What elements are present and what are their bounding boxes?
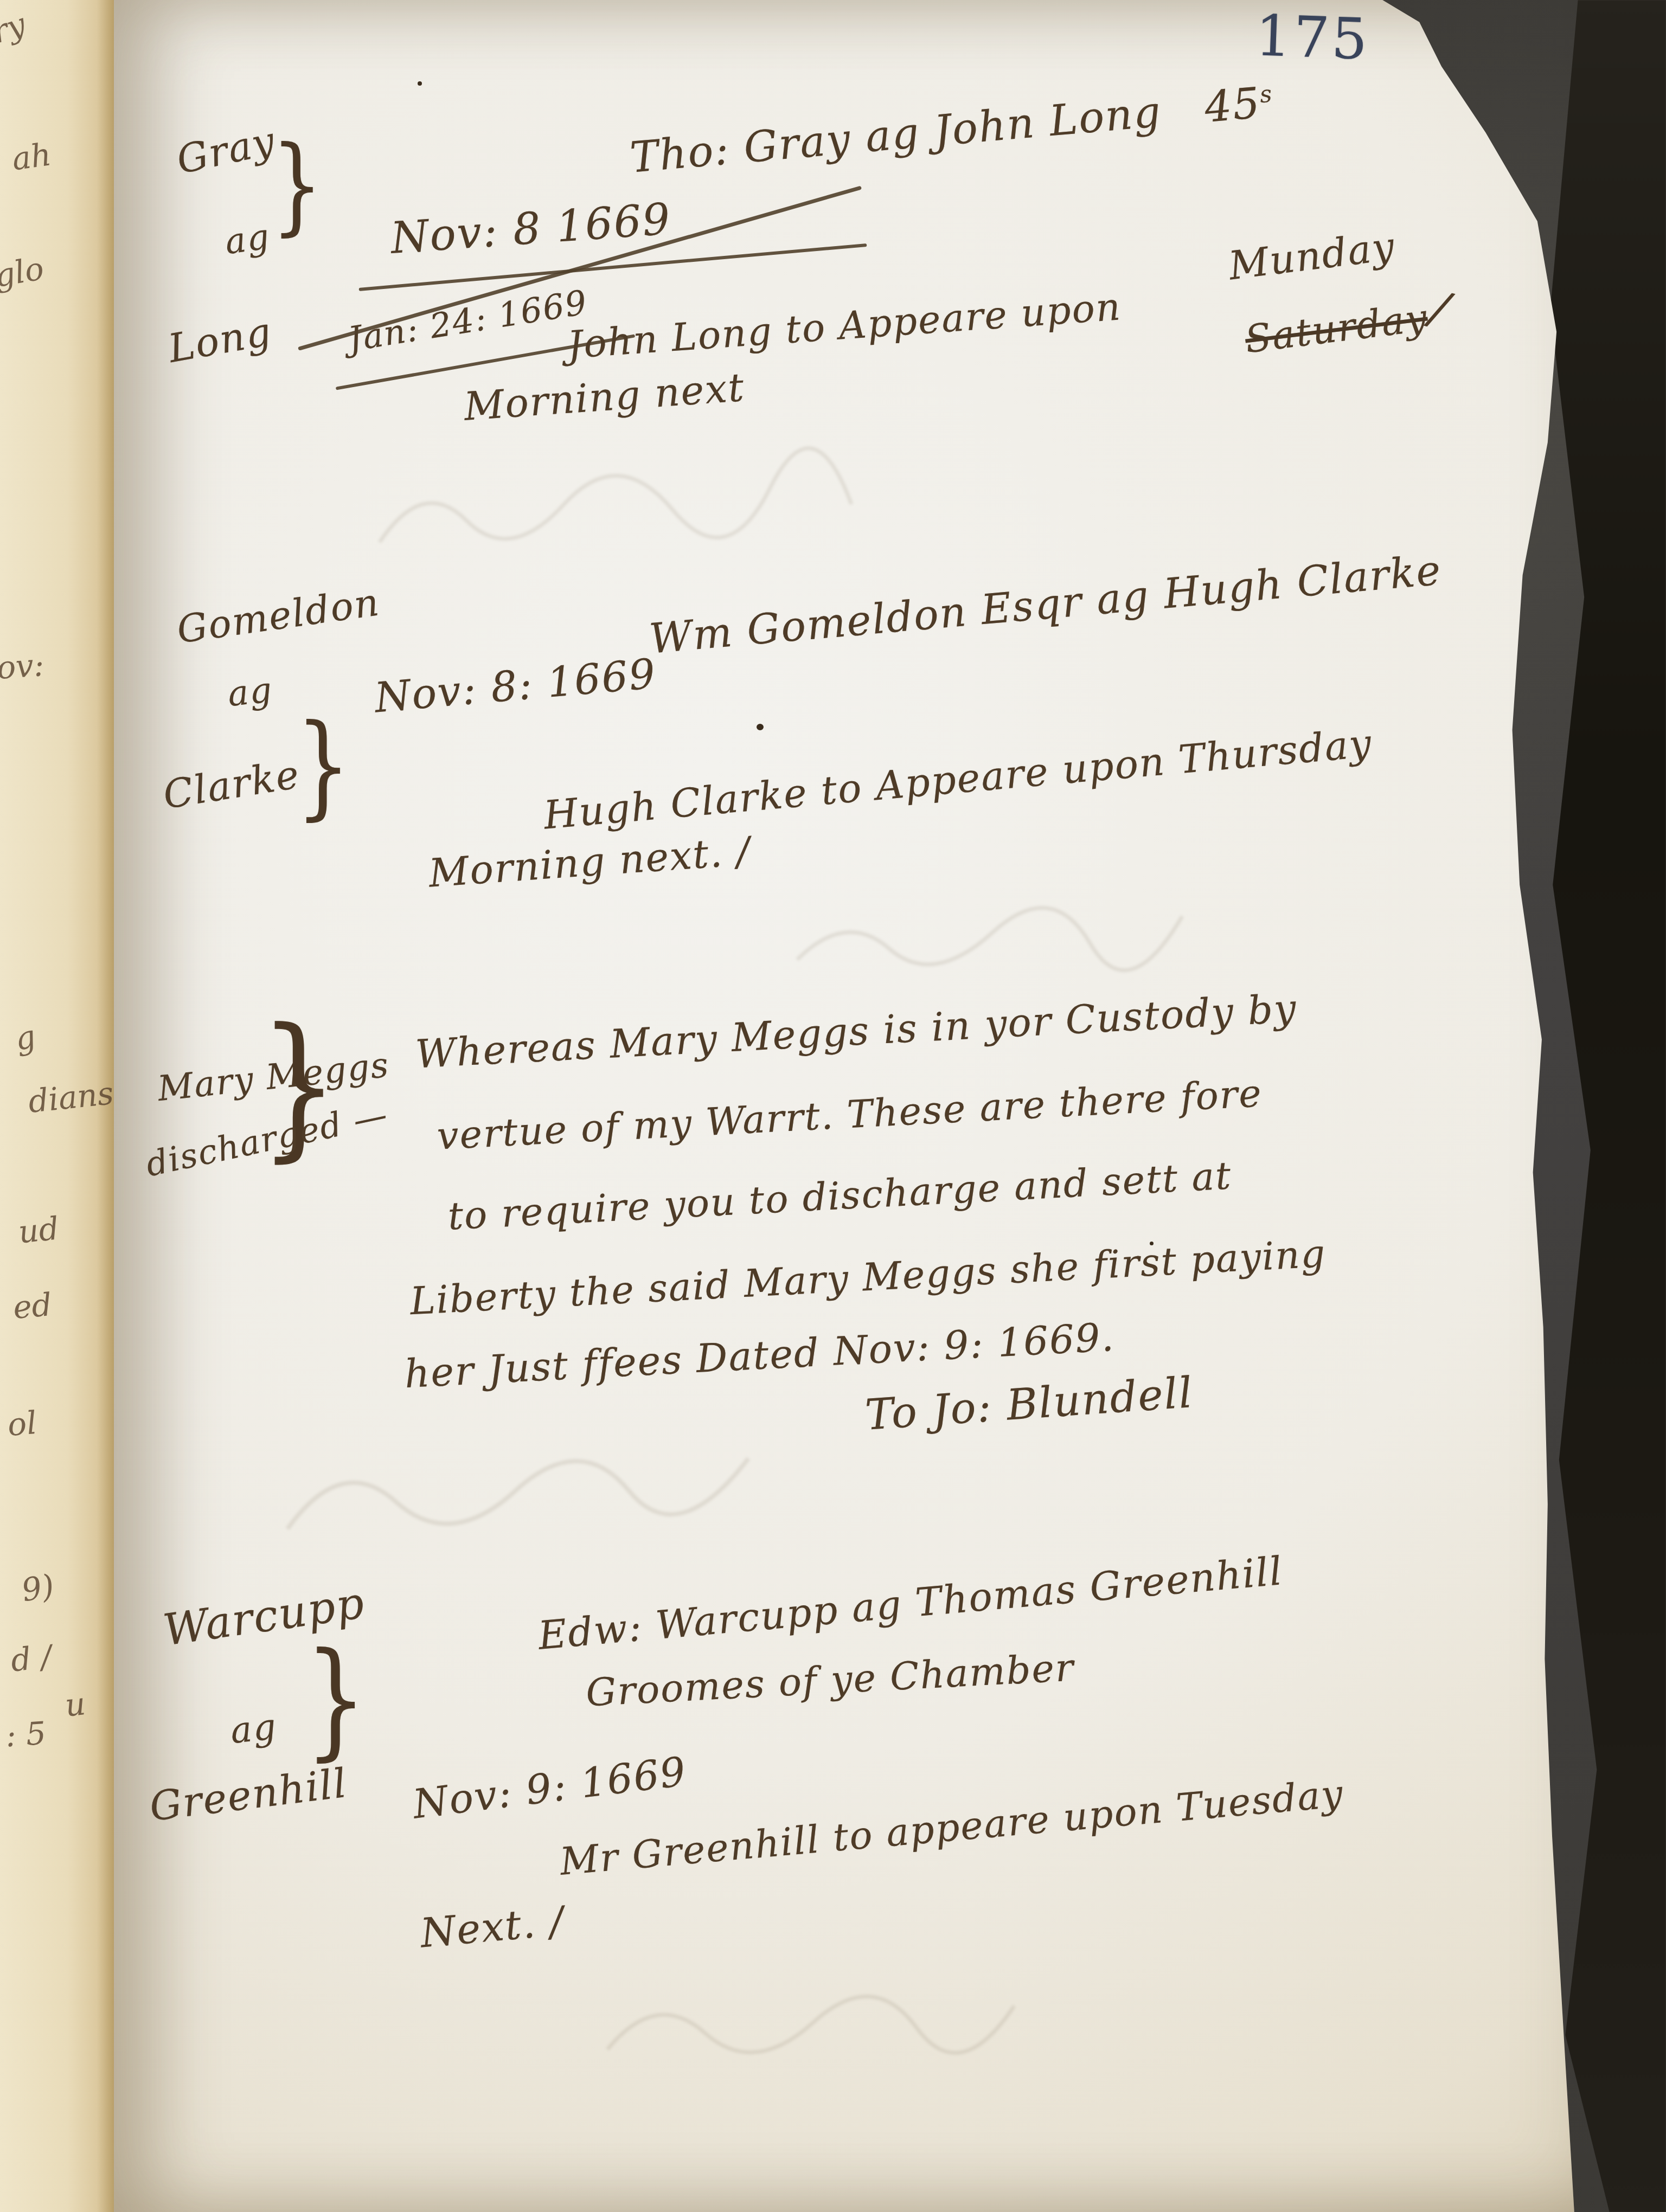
entry3-body-line3: to require you to discharge and sett at	[447, 1153, 1233, 1239]
left-page-fragment: d /	[9, 1638, 54, 1679]
entry1-day-struck: Saturday	[1242, 295, 1430, 362]
entry2-order-line1: Hugh Clarke to Appeare upon Thursday	[542, 720, 1374, 838]
left-page-fragment: ud	[17, 1210, 61, 1250]
page-number: 175	[1254, 2, 1371, 72]
entry1-margin-defendant: Long	[165, 308, 275, 371]
entry3-body-line2: vertue of my Warrt. These are there fore	[436, 1071, 1264, 1159]
left-page-fragment: u	[63, 1685, 87, 1724]
left-page-fragment: ed	[11, 1286, 53, 1326]
showthrough-mark	[602, 1963, 1090, 2114]
entry1-fee: 45s	[1203, 78, 1276, 132]
left-page-fragment: ry	[0, 5, 30, 50]
entry3-body-line4: Liberty the said Mary Meggs she first pa…	[409, 1231, 1327, 1323]
entry4-margin-defendant: Greenhill	[147, 1760, 350, 1830]
entry1-margin-versus: ag	[222, 217, 273, 263]
entry1-heading: Tho: Gray ag John Long 45s	[628, 78, 1276, 182]
entry1-date-second: Jan: 24: 1669	[345, 282, 591, 359]
left-page-fragment: ol	[6, 1404, 38, 1443]
left-page-fragment: ah	[10, 136, 54, 177]
entry1-margin-plaintiff: Gray	[172, 118, 279, 183]
left-page-fragment: dians	[27, 1075, 116, 1120]
left-page-fragment: ov:	[0, 646, 45, 686]
showthrough-mark	[374, 445, 862, 607]
entry1-heading-text: Tho: Gray ag John Long	[628, 87, 1163, 182]
entry2-order-line2: Morning next. /	[427, 828, 752, 896]
entry1-fee-amount: 45	[1203, 79, 1263, 132]
entry1-fee-unit: s	[1259, 80, 1274, 108]
entry4-date: Nov: 9: 1669	[411, 1748, 689, 1828]
entry4-order-line2: Next. /	[419, 1898, 566, 1957]
entry1-order-slash: /	[1425, 281, 1454, 338]
entry3-addressee: To Jo: Blundell	[864, 1368, 1195, 1440]
entry2-margin-plaintiff: Gomeldon	[174, 580, 382, 652]
entry1-order-continuation: Morning next	[463, 364, 746, 429]
left-page-fragment: : 5	[4, 1714, 47, 1754]
entry4-margin-versus: ag	[228, 1706, 279, 1752]
left-page-fragment: 9)	[19, 1567, 57, 1609]
entry1-day-replacement: Munday	[1226, 223, 1398, 289]
entry1-brace-mark: }	[271, 138, 324, 234]
entry2-margin-versus: ag	[226, 670, 274, 715]
entry2-margin-defendant: Clarke	[160, 751, 303, 818]
entry2-date: Nov: 8: 1669	[373, 649, 658, 722]
ink-speck	[757, 724, 764, 730]
left-page-fragment: glo	[0, 250, 47, 295]
entry4-brace-mark: }	[305, 1643, 368, 1758]
entry4-heading-line2: Groomes of ye Chamber	[585, 1645, 1075, 1715]
manuscript-photo: ry ah glo ov: g dians ud ed ol 9) d / u …	[0, 0, 1666, 2212]
left-page-fragment: g	[11, 1018, 39, 1058]
entry2-brace-mark: }	[296, 715, 352, 816]
showthrough-mark	[277, 1420, 819, 1594]
entry1-order-text: John Long to Appeare upon	[566, 284, 1123, 367]
ink-speck	[418, 81, 422, 86]
manuscript-page: 175 Tho: Gray ag John Long 45s Gray } ag…	[114, 0, 1589, 2212]
